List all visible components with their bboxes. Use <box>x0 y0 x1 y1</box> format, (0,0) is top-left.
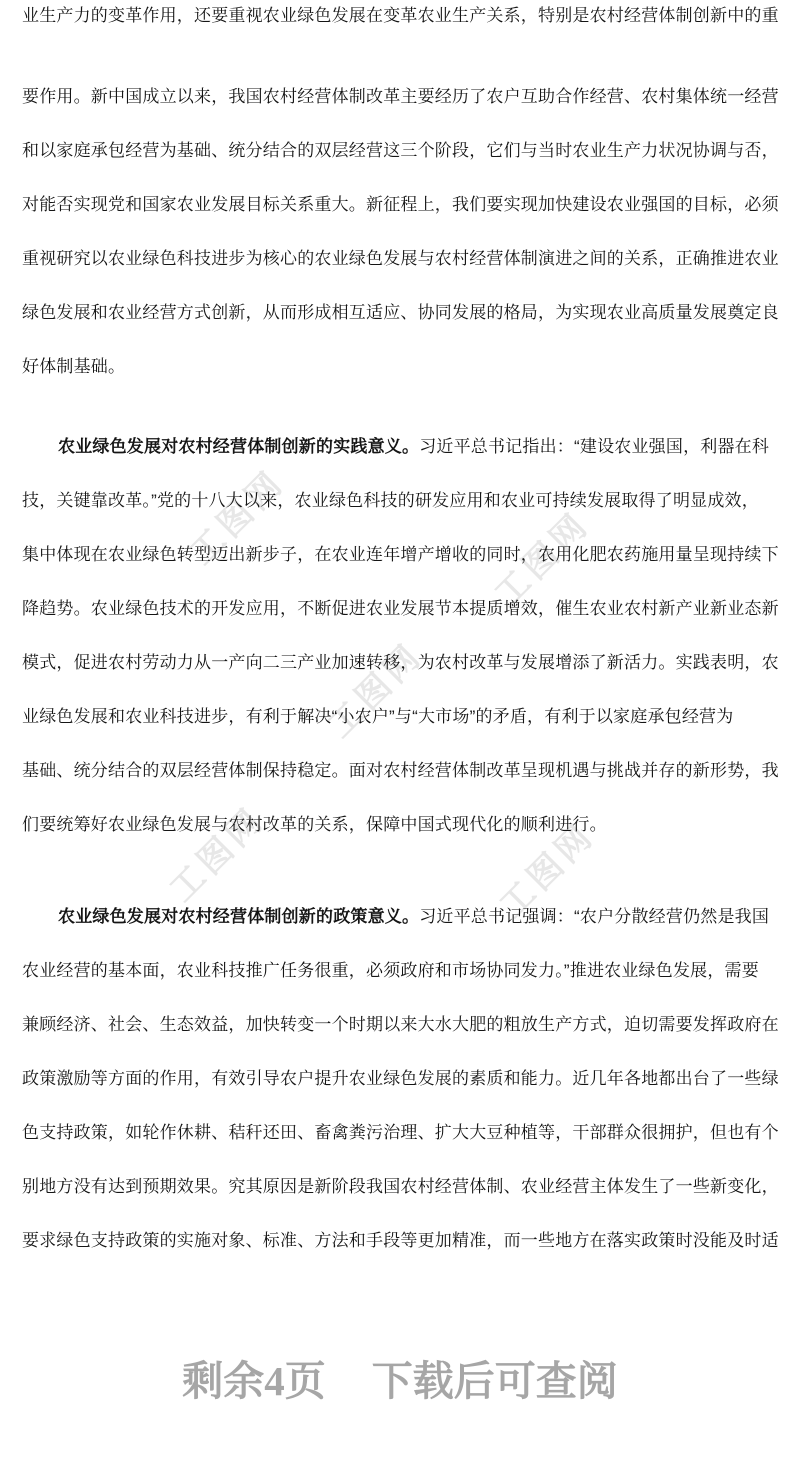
text-line: 业绿色发展和农业科技进步，有利于解决“小农户”与“大市场”的矛盾，有利于以家庭承… <box>22 690 778 744</box>
paragraph-bold-lead: 农业绿色发展对农村经营体制创新的政策意义。 <box>58 907 419 926</box>
pages-remaining-notice: 剩余4页下载后可查阅 <box>0 1358 800 1405</box>
text-line: 重视研究以农业绿色科技进步为核心的农业绿色发展与农村经营体制演进之间的关系，正确… <box>22 232 778 286</box>
text-line: 要求绿色支持政策的实施对象、标准、方法和手段等更加精准，而一些地方在落实政策时没… <box>22 1214 778 1268</box>
download-hint-text: 下载后可查阅 <box>372 1358 618 1404</box>
text-line: 兼顾经济、社会、生态效益，加快转变一个时期以来大水大肥的粗放生产方式，迫切需要发… <box>22 998 778 1052</box>
text-line: 技，关键靠改革。”党的十八大以来，农业绿色科技的研发应用和农业可持续发展取得了明… <box>22 474 778 528</box>
text-line: 们要统筹好农业绿色发展与农村改革的关系，保障中国式现代化的顺利进行。 <box>22 798 778 852</box>
text-line: 对能否实现党和国家农业发展目标关系重大。新征程上，我们要实现加快建设农业强国的目… <box>22 178 778 232</box>
text-line: 降趋势。农业绿色技术的开发应用，不断促进农业发展节本提质增效，催生农业农村新产业… <box>22 582 778 636</box>
document-body: 业生产力的变革作用，还要重视农业绿色发展在变革农业生产关系，特别是农村经营体制创… <box>22 0 778 1268</box>
text-line: 好体制基础。 <box>22 340 778 394</box>
text-line: 模式，促进农村劳动力从一产向二三产业加速转移，为农村改革与发展增添了新活力。实践… <box>22 636 778 690</box>
paragraph: 农业绿色发展对农村经营体制创新的政策意义。习近平总书记强调：“农户分散经营仍然是… <box>22 890 778 1268</box>
paragraph: 业生产力的变革作用，还要重视农业绿色发展在变革农业生产关系，特别是农村经营体制创… <box>22 0 778 394</box>
text-line: 和以家庭承包经营为基础、统分结合的双层经营这三个阶段，它们与当时农业生产力状况协… <box>22 124 778 178</box>
paragraph-bold-lead: 农业绿色发展对农村经营体制创新的实践意义。 <box>58 437 419 456</box>
text-line: 别地方没有达到预期效果。究其原因是新阶段我国农村经营体制、农业经营主体发生了一些… <box>22 1160 778 1214</box>
text-line: 农业绿色发展对农村经营体制创新的政策意义。习近平总书记强调：“农户分散经营仍然是… <box>22 890 778 944</box>
text-line: 色支持政策，如轮作休耕、秸秆还田、畜禽粪污治理、扩大大豆种植等，干部群众很拥护，… <box>22 1106 778 1160</box>
text-line: 绿色发展和农业经营方式创新，从而形成相互适应、协同发展的格局，为实现农业高质量发… <box>22 286 778 340</box>
text-line: 政策激励等方面的作用，有效引导农户提升农业绿色发展的素质和能力。近几年各地都出台… <box>22 1052 778 1106</box>
text-line: 农业绿色发展对农村经营体制创新的实践意义。习近平总书记指出：“建设农业强国，利器… <box>22 420 778 474</box>
text-line: 要作用。新中国成立以来，我国农村经营体制改革主要经历了农户互助合作经营、农村集体… <box>22 70 778 124</box>
text-line: 业生产力的变革作用，还要重视农业绿色发展在变革农业生产关系，特别是农村经营体制创… <box>22 0 778 43</box>
text-line: 农业经营的基本面，农业科技推广任务很重，必须政府和市场协同发力。”推进农业绿色发… <box>22 944 778 998</box>
pages-remaining-text: 剩余4页 <box>182 1358 326 1404</box>
paragraph: 农业绿色发展对农村经营体制创新的实践意义。习近平总书记指出：“建设农业强国，利器… <box>22 420 778 852</box>
text-line: 基础、统分结合的双层经营体制保持稳定。面对农村经营体制改革呈现机遇与挑战并存的新… <box>22 744 778 798</box>
document-preview-page: 工图网工图网工图网工图网工图网 业生产力的变革作用，还要重视农业绿色发展在变革农… <box>0 0 800 1463</box>
text-line: 集中体现在农业绿色转型迈出新步子，在农业连年增产增收的同时，农用化肥农药施用量呈… <box>22 528 778 582</box>
